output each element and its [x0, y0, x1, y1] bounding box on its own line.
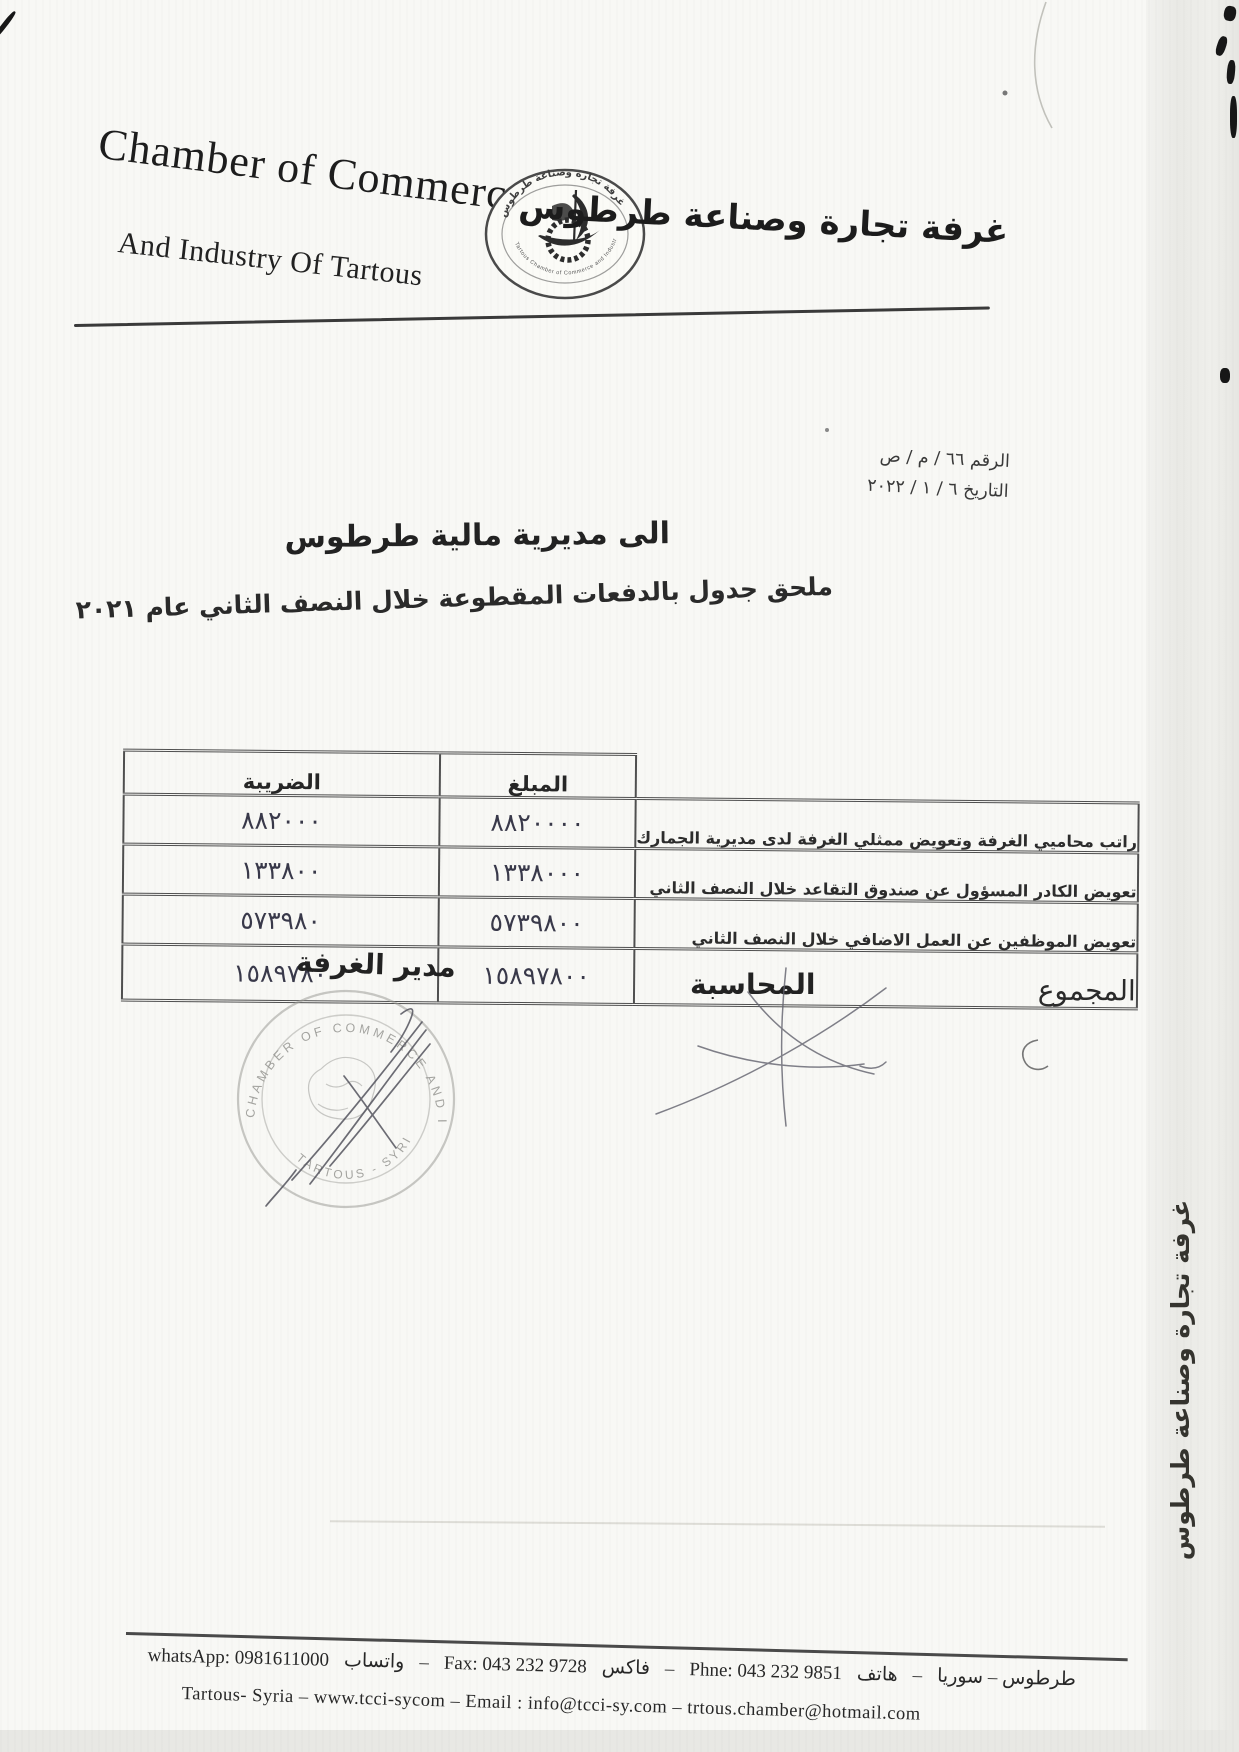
chamber-seal-logo: غرفة تجارة وصناعة طرطوس Tartous Chamber …: [480, 162, 650, 302]
stamp-ring-top-text: CHAMBER OF COMMERCE AND INDUSTRY: [226, 984, 449, 1126]
footer-phone-arabic: هاتف: [857, 1663, 898, 1687]
addressee-line: الى مديرية مالية طرطوس: [325, 516, 670, 555]
row-amount: ٥٧٣٩٨٠٠: [438, 897, 634, 949]
footer-fax-number: Fax: 043 232 9728: [444, 1653, 588, 1679]
director-signature-label: مدير الغرفة: [295, 945, 456, 984]
org-name-english-line1: Chamber of Commerce: [96, 118, 531, 223]
footer-phone-number: Phne: 043 232 9851: [689, 1659, 842, 1685]
paper-fold-curve: [1035, 2, 1052, 128]
table-row: راتب محاميي الغرفة وتعويض ممثلي الغرفة ل…: [123, 794, 1138, 853]
footer-whatsapp-arabic: واتساب: [344, 1649, 405, 1674]
table-header-desc-empty: [636, 755, 1139, 803]
row-amount: ٨٨٢٠٠٠٠: [439, 797, 635, 849]
table-row: تعويض الكادر المسؤول عن صندوق التقاعد خل…: [123, 844, 1138, 903]
pen-curl-mark: [1023, 1040, 1048, 1069]
total-amount: ١٥٨٩٧٨٠٠: [438, 947, 634, 1005]
scanned-letter-page: غرفة تجارة وصناعة طرطوس Chamber of Comme…: [0, 0, 1239, 1752]
letterhead-divider-rule: [74, 306, 990, 327]
svg-text:CHAMBER OF COMMERCE AND INDUST: CHAMBER OF COMMERCE AND INDUSTRY: [226, 984, 449, 1126]
ink-dot: [825, 428, 829, 432]
side-page-bleed-text: غرفة تجارة وصناعة طرطوس: [1166, 1165, 1210, 1595]
ink-dot: [1003, 91, 1008, 96]
footer-separator: –: [665, 1659, 675, 1681]
row-description: تعويض الموظفين عن العمل الاضافي خلال الن…: [634, 899, 1137, 953]
accounting-pen-scribble: [628, 962, 908, 1132]
faint-crease-line: [330, 1520, 1105, 1527]
row-tax: ٨٨٢٠٠٠: [123, 794, 439, 847]
table-row: تعويض الموظفين عن العمل الاضافي خلال الن…: [122, 894, 1137, 953]
scan-artifact-mark: [1220, 368, 1230, 383]
row-description: تعويض الكادر المسؤول عن صندوق التقاعد خل…: [635, 849, 1138, 903]
org-name-english-line2: And Industry Of Tartous: [116, 226, 424, 293]
table-header-amount: المبلغ: [440, 753, 636, 799]
reference-date-line: التاريخ ٦ / ١ / ٢٠٢٢: [866, 472, 1009, 508]
footer-separator: –: [419, 1652, 429, 1674]
footer-location-arabic: طرطوس – سوريا: [937, 1665, 1076, 1692]
scan-artifact-mark: [0, 10, 17, 40]
footer-web-email-line: Tartous- Syria – www.tcci-sycom – Email …: [181, 1684, 921, 1726]
table-header-tax: الضريبة: [124, 750, 440, 797]
row-tax: ٥٧٣٩٨٠: [122, 894, 438, 947]
scan-bottom-band: [0, 1730, 1239, 1752]
reference-block: الرقم ٦٦ / م / ص التاريخ ٦ / ١ / ٢٠٢٢: [866, 442, 1010, 508]
row-description: راتب محاميي الغرفة وتعويض ممثلي الغرفة ل…: [635, 799, 1138, 853]
footer-fax-arabic: فاكس: [602, 1656, 651, 1680]
footer-contact-line: whatsApp: 0981611000 واتساب – Fax: 043 2…: [147, 1644, 1076, 1691]
subject-line: ملحق جدول بالدفعات المقطوعة خلال النصف ا…: [178, 572, 834, 622]
row-amount: ١٣٣٨٠٠٠: [439, 847, 635, 899]
scan-artifact-mark: [1230, 96, 1237, 138]
row-tax: ١٣٣٨٠٠: [123, 844, 439, 897]
footer-whatsapp-number: whatsApp: 0981611000: [147, 1645, 329, 1672]
round-stamp: CHAMBER OF COMMERCE AND INDUSTRY TARTOUS…: [226, 984, 466, 1219]
footer-separator: –: [912, 1665, 922, 1687]
